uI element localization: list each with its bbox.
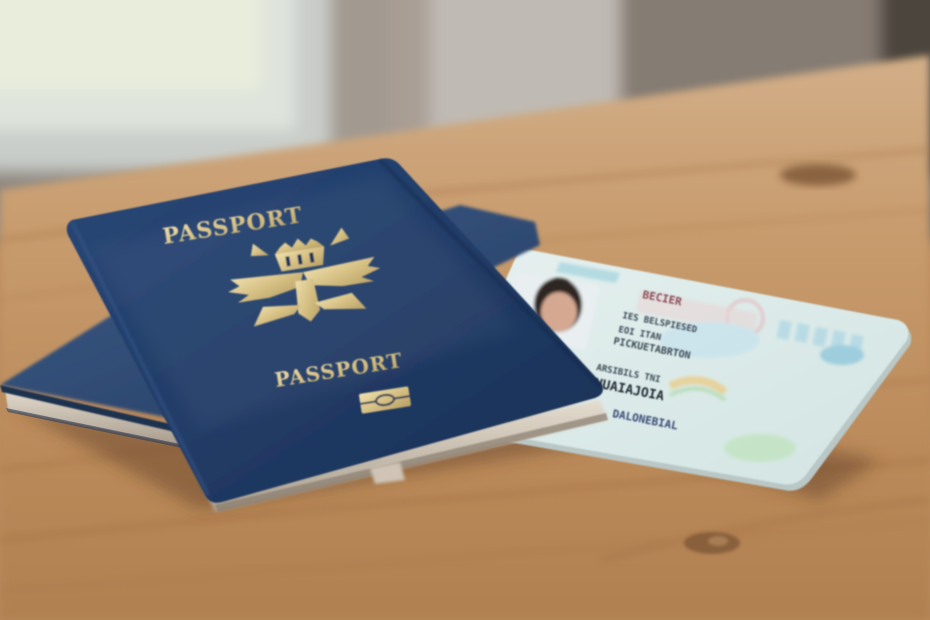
photo-canvas: BECIER IES BELSPIESED EOI ITAN PICKUETAB… — [0, 0, 930, 620]
photo-scene: BECIER IES BELSPIESED EOI ITAN PICKUETAB… — [0, 0, 930, 620]
